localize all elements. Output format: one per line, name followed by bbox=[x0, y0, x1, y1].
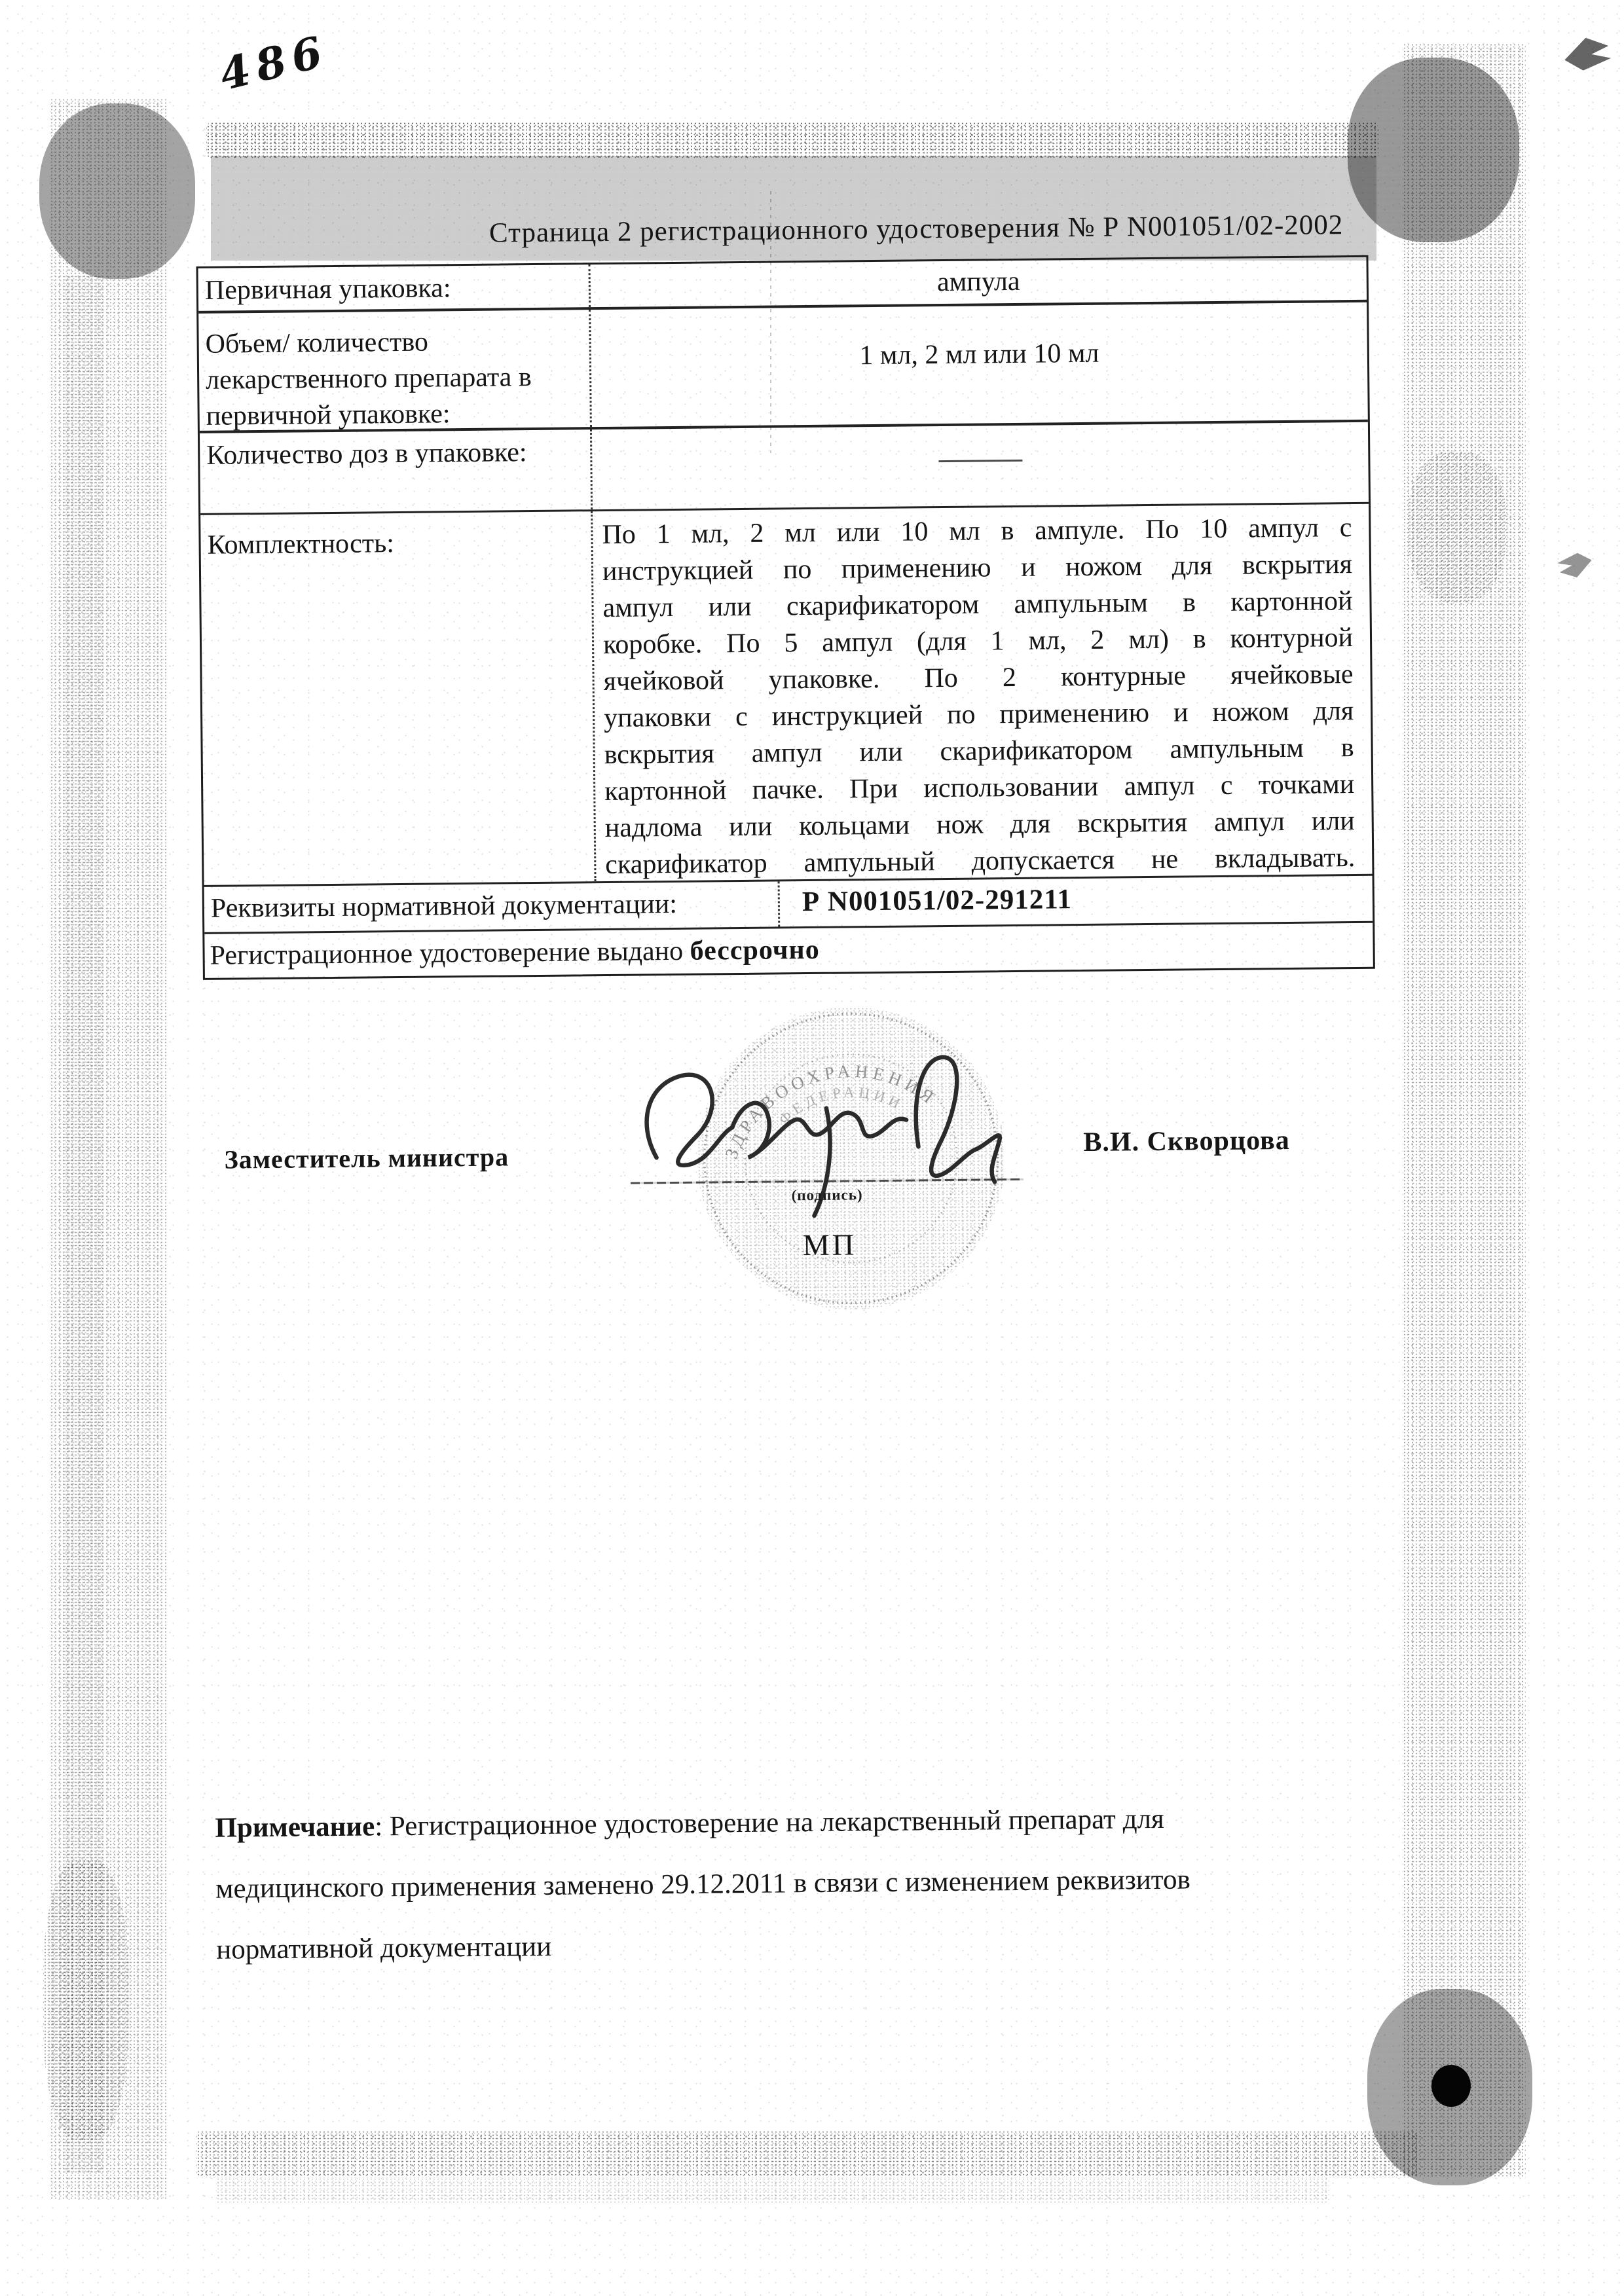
signatory-position: Заместитель министра bbox=[224, 1141, 509, 1175]
registration-table: Первичная упаковка: ампула Объем/ количе… bbox=[196, 255, 1375, 980]
handwritten-page-number: 486 bbox=[215, 25, 333, 100]
table-row-volume: Объем/ количество лекарственного препара… bbox=[198, 300, 1368, 431]
signature-caption: (подпись) bbox=[755, 1186, 899, 1205]
row-label: Комплектность: bbox=[200, 511, 594, 885]
note-label: Примечание bbox=[215, 1811, 375, 1843]
row-value: Р N001051/02-291211 bbox=[778, 876, 1373, 927]
document-sheet: 486 Страница 2 регистрационного удостове… bbox=[0, 0, 1624, 2296]
row-value: По 1 мл, 2 мл или 10 мл в ампуле. По 10 … bbox=[591, 504, 1372, 881]
fold-line-artifact bbox=[770, 191, 771, 453]
row-label: Количество доз в упаковке: bbox=[200, 429, 591, 513]
row-label: Объем/ количество лекарственного препара… bbox=[198, 310, 590, 431]
row-value: ампула bbox=[589, 257, 1367, 307]
table-row-completeness: Комплектность: По 1 мл, 2 мл или 10 мл в… bbox=[200, 502, 1372, 885]
row-value: ——— bbox=[590, 422, 1369, 509]
note-line: нормативной документации bbox=[216, 1908, 1369, 1980]
seal-place-mark: МП bbox=[803, 1227, 857, 1262]
page-title: Страница 2 регистрационного удостоверени… bbox=[489, 208, 1471, 249]
empty-value-dash: ——— bbox=[938, 460, 1022, 462]
row-label: Реквизиты нормативной документации: bbox=[204, 881, 779, 932]
handwritten-signature bbox=[610, 1026, 1057, 1253]
note-block: Примечание: Регистрационное удостоверени… bbox=[215, 1787, 1369, 1980]
note-line: Примечание: Регистрационное удостоверени… bbox=[215, 1787, 1368, 1859]
row-label: Регистрационное удостоверение выдано bbox=[210, 936, 683, 971]
row-label: Первичная упаковка: bbox=[198, 264, 589, 311]
signatory-name: В.И. Скворцова bbox=[1083, 1125, 1290, 1158]
table-row-doses: Количество доз в упаковке: ——— bbox=[200, 420, 1369, 513]
note-line: медицинского применения заменено 29.12.2… bbox=[215, 1848, 1369, 1920]
row-value: 1 мл, 2 мл или 10 мл bbox=[589, 302, 1368, 427]
validity-value: бессрочно bbox=[690, 935, 819, 966]
